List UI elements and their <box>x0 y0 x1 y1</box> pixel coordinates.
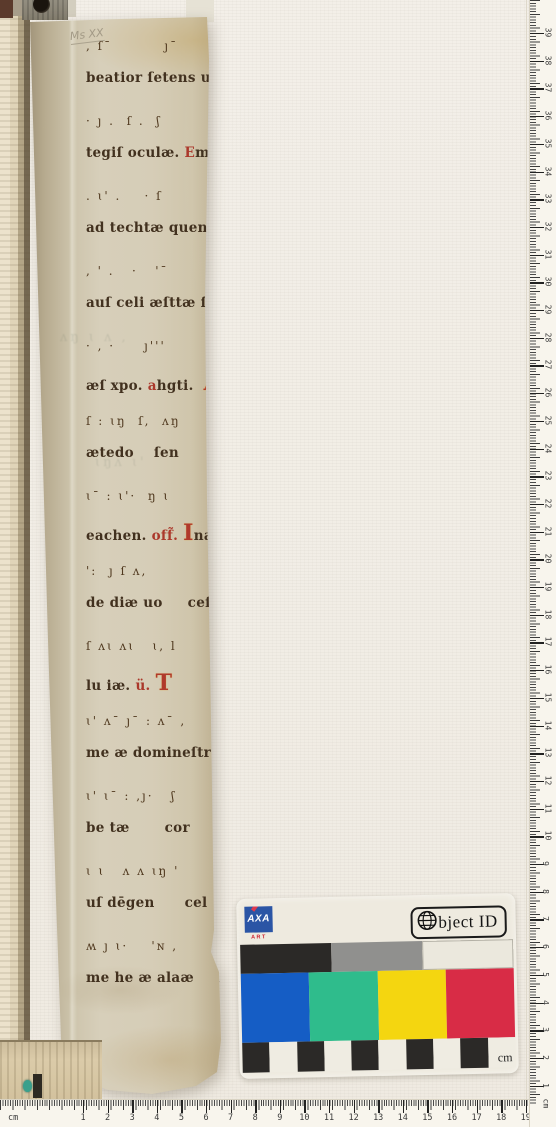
vruler-number: 15 <box>543 692 552 702</box>
manuscript-line-neumes: · ȷ . ſ . ʃ <box>86 105 226 145</box>
manuscript-line-neumes: , ſ¯ ȷ¯ <box>86 30 226 70</box>
corner-shadow-gap <box>33 1074 42 1098</box>
vruler-number: 13 <box>543 748 552 758</box>
vruler-cm-tick <box>530 642 544 643</box>
card-cm-label: cm <box>498 1050 513 1065</box>
manuscript-line-text: lu iæ. ü. T <box>86 670 226 705</box>
hruler-number: 3 <box>130 1113 135 1123</box>
vruler-cm-tick <box>530 393 544 394</box>
rubric-text: a <box>148 378 157 394</box>
ink-text: ſ ʌɩ ʌɩ ɩ, l <box>86 639 177 653</box>
hruler-cm-tick <box>132 1100 133 1113</box>
checker-cell <box>324 1041 352 1072</box>
ink-text: ʍ ȷ ɩ· 'ɴ , <box>86 939 178 953</box>
vruler-cm-tick <box>530 61 544 62</box>
hruler-number: 2 <box>105 1113 110 1123</box>
ink-text: be tæ cor <box>86 820 190 836</box>
globe-icon <box>416 910 438 936</box>
vruler-number: 14 <box>543 720 552 730</box>
grayscale-patch <box>240 943 332 974</box>
manuscript-line-neumes: ɩ' ʌ¯ ȷ¯ : ʌ¯ , <box>86 705 226 745</box>
ink-text: hgti. <box>157 378 204 394</box>
ink-text: uſ dēgen cel <box>86 895 207 911</box>
ink-text: , ſ¯ ȷ¯ <box>86 39 178 53</box>
checker-cell <box>269 1042 297 1073</box>
hruler-number: 5 <box>179 1113 184 1123</box>
manuscript-line-text: tegiſ oculæ. Emico <box>86 145 226 180</box>
ink-text: ſ : ɩŋ ſ, ʌŋ <box>86 414 181 428</box>
hruler-number: 1 <box>80 1113 85 1123</box>
vruler-cm-tick <box>530 227 544 228</box>
vruler-cm-tick <box>530 615 544 616</box>
checker-cell: cm <box>488 1037 516 1068</box>
checker-cell <box>351 1040 379 1071</box>
manuscript-line-neumes: . ɩ' . · ſ <box>86 180 226 220</box>
horizontal-ruler: cm 12345678910111213141516171819 <box>0 1099 531 1127</box>
vruler-number: 34 <box>543 166 552 176</box>
hruler-cm-tick <box>108 1100 109 1113</box>
vruler-number: 25 <box>543 415 552 425</box>
color-calibration-card: AXA ART bject ID cm <box>236 893 519 1079</box>
color-patch <box>309 971 379 1041</box>
vruler-cm-tick <box>530 88 544 89</box>
manuscript-photograph: Ms XX ʌŋ ɩ ʌ , ɩŋʌ ɩ' , ſ¯ ȷ¯beatior ſet… <box>0 0 556 1127</box>
ink-text: ætedo ſen <box>86 445 179 461</box>
ink-text: de diæ uo ceſſa <box>86 595 226 611</box>
vruler-number: 16 <box>543 665 552 675</box>
endband-dot <box>23 1080 32 1092</box>
manuscript-line-text: me he æ alaæ bu <box>86 970 226 1005</box>
ink-text: æſ xpo. <box>86 378 148 394</box>
manuscript-line-text: beatior ſetens ubeto <box>86 70 226 105</box>
ink-text: auſ celi æſttæ ſimul <box>86 295 242 311</box>
hruler-number: 10 <box>299 1113 309 1123</box>
vruler-cm-tick <box>530 781 544 782</box>
vruler-number: 3 <box>541 1027 550 1032</box>
manuscript-line-text: auſ celi æſttæ ſimul <box>86 295 226 330</box>
vruler-cm-tick <box>530 255 544 256</box>
hruler-number: 16 <box>447 1113 457 1123</box>
axa-slash-icon <box>251 906 273 911</box>
color-patch <box>241 972 311 1042</box>
ink-text: . ɩ' . · ſ <box>86 189 163 203</box>
vruler-number: 30 <box>543 277 552 287</box>
ink-text: mico <box>195 145 233 161</box>
grayscale-patch <box>422 939 514 970</box>
vruler-number: 5 <box>541 972 550 977</box>
vruler-cm-tick <box>530 144 544 145</box>
ink-text: ɩ' ʌ¯ ȷ¯ : ʌ¯ , <box>86 714 186 728</box>
hruler-cm-tick <box>452 1100 453 1113</box>
color-patch <box>377 970 447 1040</box>
hruler-number: 11 <box>324 1113 334 1123</box>
hruler-cm-tick <box>304 1100 305 1113</box>
checker-cell <box>297 1041 325 1072</box>
hruler-cm-tick <box>280 1100 281 1113</box>
manuscript-line-neumes: · , · ȷ''' <box>86 330 226 370</box>
vruler-half-ticks <box>530 0 540 1105</box>
vruler-cm-tick <box>530 726 544 727</box>
vruler-number: 33 <box>543 194 552 204</box>
object-id-text: bject ID <box>438 911 498 932</box>
manuscript-line-neumes: ɩ ɩ ʌ ʌ ɩŋ ' <box>86 855 226 895</box>
vruler-cm-tick <box>530 282 544 283</box>
vruler-number: 36 <box>543 111 552 121</box>
vruler-number: 6 <box>541 944 550 949</box>
rubricated-initial: A <box>204 370 221 396</box>
hruler-cm-tick <box>378 1100 379 1113</box>
vruler-cm-tick <box>530 670 544 671</box>
ink-text: , ' . · '¯ <box>86 264 169 278</box>
vruler-number: 32 <box>543 222 552 232</box>
vruler-cm-tick <box>530 698 544 699</box>
vruler-number: 22 <box>543 499 552 509</box>
rubric-text: E <box>185 145 196 161</box>
vruler-number: 9 <box>541 861 550 866</box>
hruler-number: 12 <box>348 1113 358 1123</box>
hruler-unit-label: cm <box>8 1113 18 1123</box>
vruler-number: 21 <box>543 526 552 536</box>
manuscript-line-text: me æ domineſtr <box>86 745 226 780</box>
vruler-cm-tick <box>530 421 544 422</box>
object-id-logo: bject ID <box>410 905 507 939</box>
hruler-cm-tick <box>206 1100 207 1113</box>
vruler-cm-tick <box>530 476 544 477</box>
vruler-number: 11 <box>543 803 552 813</box>
ink-text: tegiſ oculæ. <box>86 145 185 161</box>
manuscript-line-text: ad techtæ quenoma <box>86 220 226 255</box>
vruler-cm-tick <box>530 199 544 200</box>
hruler-number: 8 <box>253 1113 258 1123</box>
ink-text: ɩ' ɩ¯ : ,ȷ· ʃ <box>86 789 176 803</box>
manuscript-line-neumes: ɩ¯ : ɩ'· ŋ ɩ <box>86 480 226 520</box>
vruler-number: 20 <box>543 554 552 564</box>
vruler-cm-tick <box>530 587 544 588</box>
vruler-number: 17 <box>543 637 552 647</box>
ink-text: me he æ alaæ bu <box>86 970 239 986</box>
vruler-cm-tick <box>530 172 544 173</box>
vruler-cm-tick <box>530 504 544 505</box>
manuscript-line-text: de diæ uo ceſſa <box>86 595 226 630</box>
manuscript-line-neumes: ʍ ȷ ɩ· 'ɴ , <box>86 930 226 970</box>
hruler-cm-tick <box>477 1100 478 1113</box>
ink-text: me æ domineſtr <box>86 745 211 761</box>
vruler-cm-tick <box>530 532 544 533</box>
hruler-cm-tick <box>255 1100 256 1113</box>
vruler-number: 23 <box>543 471 552 481</box>
vruler-unit-label: cm <box>541 1099 550 1109</box>
vruler-cm-tick <box>530 116 544 117</box>
hruler-number: 7 <box>228 1113 233 1123</box>
card-header: AXA ART bject ID <box>239 899 513 945</box>
hruler-cm-tick <box>354 1100 355 1113</box>
vruler-number: 28 <box>543 332 552 342</box>
ink-text: naco m <box>194 528 251 544</box>
hruler-number: 9 <box>277 1113 282 1123</box>
manuscript-line-text: be tæ cor <box>86 820 226 855</box>
vruler-number: 29 <box>543 305 552 315</box>
checker-scale-row: cm <box>242 1037 516 1073</box>
vruler-number: 19 <box>543 582 552 592</box>
axa-logo-text: AXA <box>244 913 272 925</box>
manuscript-line-text: uſ dēgen cel <box>86 895 226 930</box>
grayscale-patch <box>331 941 423 972</box>
manuscript-line-neumes: ſ ʌɩ ʌɩ ɩ, l <box>86 630 226 670</box>
vruler-cm-tick <box>530 449 544 450</box>
checker-cell <box>460 1038 488 1069</box>
hruler-cm-tick <box>501 1100 502 1113</box>
vruler-number: 12 <box>543 776 552 786</box>
hruler-number: 4 <box>154 1113 159 1123</box>
checker-cell <box>242 1042 270 1073</box>
manuscript-line-text: ætedo ſen <box>86 445 226 480</box>
vruler-cm-tick <box>530 338 544 339</box>
vertical-ruler: cm 3938373635343332313029282726252423222… <box>529 0 556 1127</box>
vruler-number: 18 <box>543 609 552 619</box>
hruler-cm-tick <box>157 1100 158 1113</box>
ink-text: ɩ ɩ ʌ ʌ ɩŋ ' <box>86 864 179 878</box>
vruler-number: 2 <box>541 1055 550 1060</box>
hruler-cm-tick <box>526 1100 527 1113</box>
ink-text: · ȷ . ſ . ʃ <box>86 114 162 128</box>
vruler-number: 27 <box>543 360 552 370</box>
vruler-number: 35 <box>543 138 552 148</box>
ink-text: ɩ¯ : ɩ'· ŋ ɩ <box>86 489 170 503</box>
ink-text: lu iæ. <box>86 678 135 694</box>
vruler-number: 4 <box>541 1000 550 1005</box>
vruler-cm-tick <box>530 836 544 837</box>
vruler-number: 39 <box>543 28 552 38</box>
checker-cell <box>379 1039 407 1070</box>
vruler-number: 7 <box>541 916 550 921</box>
hruler-cm-tick <box>181 1100 182 1113</box>
vruler-cm-tick <box>530 33 544 34</box>
hruler-cm-tick <box>329 1100 330 1113</box>
hruler-number: 18 <box>496 1113 506 1123</box>
ink-text: eachen. <box>86 528 152 544</box>
hruler-cm-tick <box>83 1100 84 1113</box>
vruler-cm-tick <box>530 809 544 810</box>
manuscript-line-neumes: ɩ' ɩ¯ : ,ȷ· ʃ <box>86 780 226 820</box>
hruler-cm-tick <box>231 1100 232 1113</box>
hruler-number: 15 <box>422 1113 432 1123</box>
vruler-number: 31 <box>543 249 552 259</box>
ink-text: ': ȷ ſ ʌ, <box>86 564 147 578</box>
rubric-text: off̃. <box>152 528 184 544</box>
vruler-number: 38 <box>543 55 552 65</box>
color-patch-row <box>241 968 515 1043</box>
ink-text: ad techtæ quenoma <box>86 220 241 236</box>
hruler-number: 6 <box>203 1113 208 1123</box>
vruler-number: 10 <box>543 831 552 841</box>
hruler-number: 17 <box>471 1113 481 1123</box>
rubricated-initial: T <box>156 670 173 696</box>
hruler-number: 13 <box>373 1113 383 1123</box>
axa-art-label: ART <box>245 934 273 941</box>
manuscript-line-neumes: , ' . · '¯ <box>86 255 226 295</box>
vruler-number: 1 <box>541 1083 550 1088</box>
vruler-cm-tick <box>530 559 544 560</box>
rubric-text: ü. <box>135 678 155 694</box>
vruler-cm-tick <box>530 365 544 366</box>
hruler-number: 14 <box>398 1113 408 1123</box>
manuscript-line-neumes: ': ȷ ſ ʌ, <box>86 555 226 595</box>
rubricated-initial: I <box>183 520 194 546</box>
hruler-cm-tick <box>427 1100 428 1113</box>
checker-cell <box>406 1039 434 1070</box>
manuscript-line-text: eachen. off̃. Inaco m <box>86 520 226 555</box>
vruler-number: 26 <box>543 388 552 398</box>
manuscript-line-neumes: ſ : ɩŋ ſ, ʌŋ <box>86 405 226 445</box>
hruler-cm-tick <box>403 1100 404 1113</box>
manuscript-text-block: , ſ¯ ȷ¯beatior ſetens ubeto· ȷ . ſ . ʃte… <box>86 30 226 1005</box>
manuscript-line-text: æſ xpo. ahgti. A <box>86 370 226 405</box>
ink-text: beatior ſetens ubeto <box>86 70 245 86</box>
vruler-number: 8 <box>541 889 550 894</box>
axa-logo: AXA <box>244 906 273 933</box>
vruler-cm-tick <box>530 753 544 754</box>
vruler-cm-tick <box>530 310 544 311</box>
vruler-number: 24 <box>543 443 552 453</box>
book-bottom-corner <box>0 1040 102 1102</box>
checker-cell <box>433 1038 461 1069</box>
vruler-number: 37 <box>543 83 552 93</box>
ink-text: · , · ȷ''' <box>86 339 166 353</box>
color-patch <box>445 968 515 1038</box>
